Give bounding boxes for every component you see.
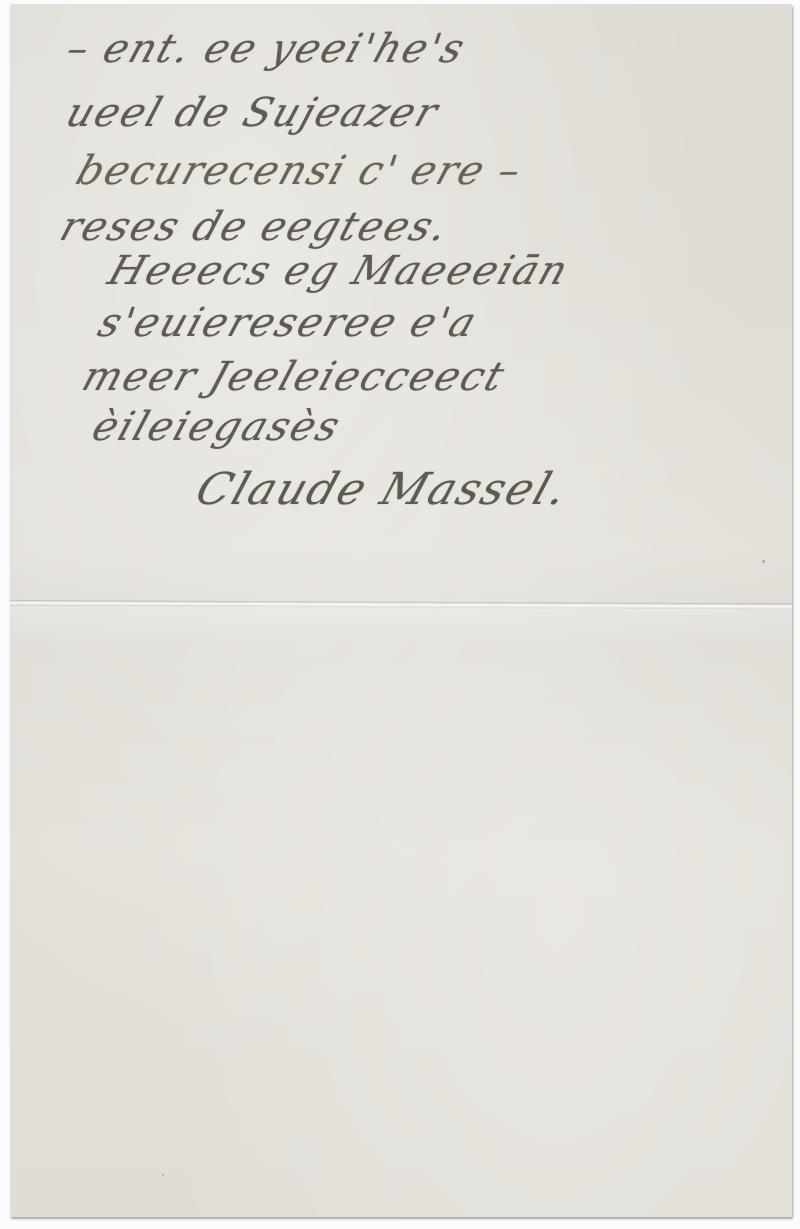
- handwritten-line-2: ueel de Sujeazer: [61, 90, 446, 136]
- signature: Claude Massel.: [190, 464, 576, 515]
- handwritten-line-4: reses de eegtees.: [55, 204, 456, 250]
- handwritten-line-8: èileiegasès: [87, 404, 348, 450]
- handwritten-line-7: meer Jeeleiecceect: [77, 354, 512, 400]
- paper-speck: [762, 560, 765, 563]
- fold-highlight: [10, 606, 792, 646]
- handwritten-line-6: s'euiereseree e'a: [93, 300, 484, 346]
- paper-speck: [162, 1174, 164, 1176]
- handwritten-line-1: – ent. ee yeei'he's: [61, 26, 472, 72]
- handwritten-line-5: Heeecs eg Maeeeiān: [103, 248, 576, 294]
- handwritten-line-3: becurecensi c' ere –: [71, 148, 529, 194]
- letter-paper: – ent. ee yeei'he's ueel de Sujeazer bec…: [10, 4, 792, 1217]
- scanned-page: – ent. ee yeei'he's ueel de Sujeazer bec…: [0, 0, 800, 1229]
